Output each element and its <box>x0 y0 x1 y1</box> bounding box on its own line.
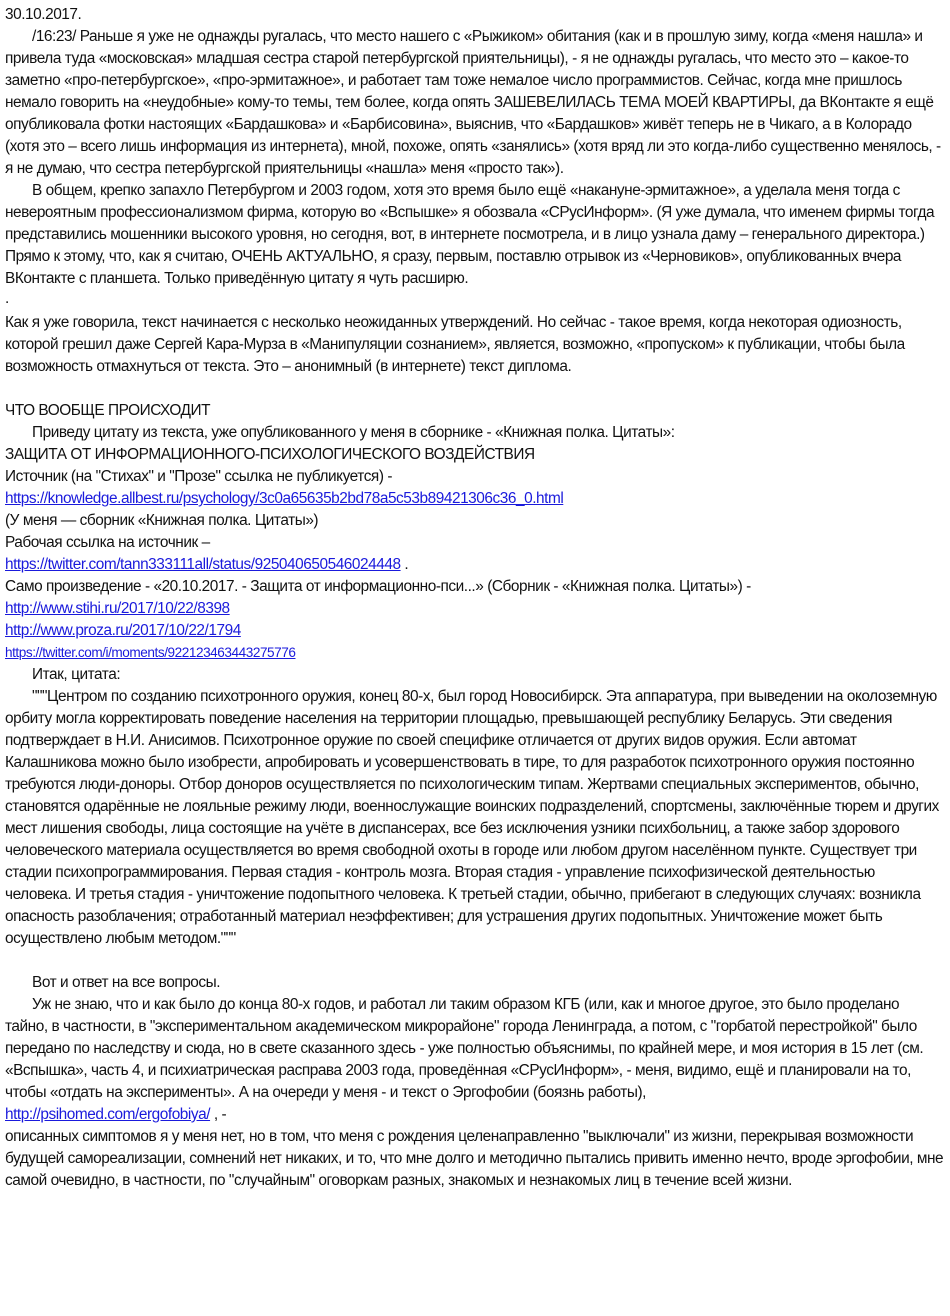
blank-line <box>5 950 944 972</box>
section-heading: ЧТО ВООБЩЕ ПРОИСХОДИТ <box>5 400 944 422</box>
twitter-moments-link[interactable]: https://twitter.com/i/moments/9221234634… <box>5 645 296 660</box>
work-link-line: https://twitter.com/i/moments/9221234634… <box>5 642 944 664</box>
source-link[interactable]: https://knowledge.allbest.ru/psychology/… <box>5 490 563 507</box>
source-link-line: https://knowledge.allbest.ru/psychology/… <box>5 488 944 510</box>
ergophobia-suffix: , - <box>210 1106 226 1123</box>
collection-note: (У меня — сборник «Книжная полка. Цитаты… <box>5 510 944 532</box>
second-paragraph: В общем, крепко запахло Петербургом и 20… <box>5 180 944 290</box>
quote-title: ЗАЩИТА ОТ ИНФОРМАЦИОННОГО-ПСИХОЛОГИЧЕСКО… <box>5 444 944 466</box>
blank-line <box>5 378 944 400</box>
final-paragraph: Уж не знаю, что и как было до конца 80-х… <box>5 994 944 1104</box>
working-link[interactable]: https://twitter.com/tann333111all/status… <box>5 556 401 573</box>
working-link-label: Рабочая ссылка на источник – <box>5 532 944 554</box>
separator-dot: . <box>5 290 944 312</box>
ergophobia-link-line: http://psihomed.com/ergofobiya/ , - <box>5 1104 944 1126</box>
working-link-line: https://twitter.com/tann333111all/status… <box>5 554 944 576</box>
work-label: Само произведение - «20.10.2017. - Защит… <box>5 576 944 598</box>
source-label: Источник (на "Стихах" и "Прозе" ссылка н… <box>5 466 944 488</box>
third-paragraph: Как я уже говорила, текст начинается с н… <box>5 312 944 378</box>
work-link-line: http://www.proza.ru/2017/10/22/1794 <box>5 620 944 642</box>
date-line: 30.10.2017. <box>5 4 944 26</box>
working-link-suffix: . <box>401 556 409 573</box>
work-link-line: http://www.stihi.ru/2017/10/22/8398 <box>5 598 944 620</box>
ergophobia-link[interactable]: http://psihomed.com/ergofobiya/ <box>5 1106 210 1123</box>
document-body: 30.10.2017. /16:23/ Раньше я уже не одна… <box>0 0 950 1192</box>
stihi-link[interactable]: http://www.stihi.ru/2017/10/22/8398 <box>5 600 230 617</box>
quote-intro: Приведу цитату из текста, уже опубликова… <box>5 422 944 444</box>
quote-lead: Итак, цитата: <box>5 664 944 686</box>
intro-paragraph: /16:23/ Раньше я уже не однажды ругалась… <box>5 26 944 180</box>
proza-link[interactable]: http://www.proza.ru/2017/10/22/1794 <box>5 622 241 639</box>
closing-paragraph: описанных симптомов я у меня нет, но в т… <box>5 1126 944 1192</box>
quote-body: """Центром по созданию психотронного ору… <box>5 686 944 950</box>
answer-line: Вот и ответ на все вопросы. <box>5 972 944 994</box>
